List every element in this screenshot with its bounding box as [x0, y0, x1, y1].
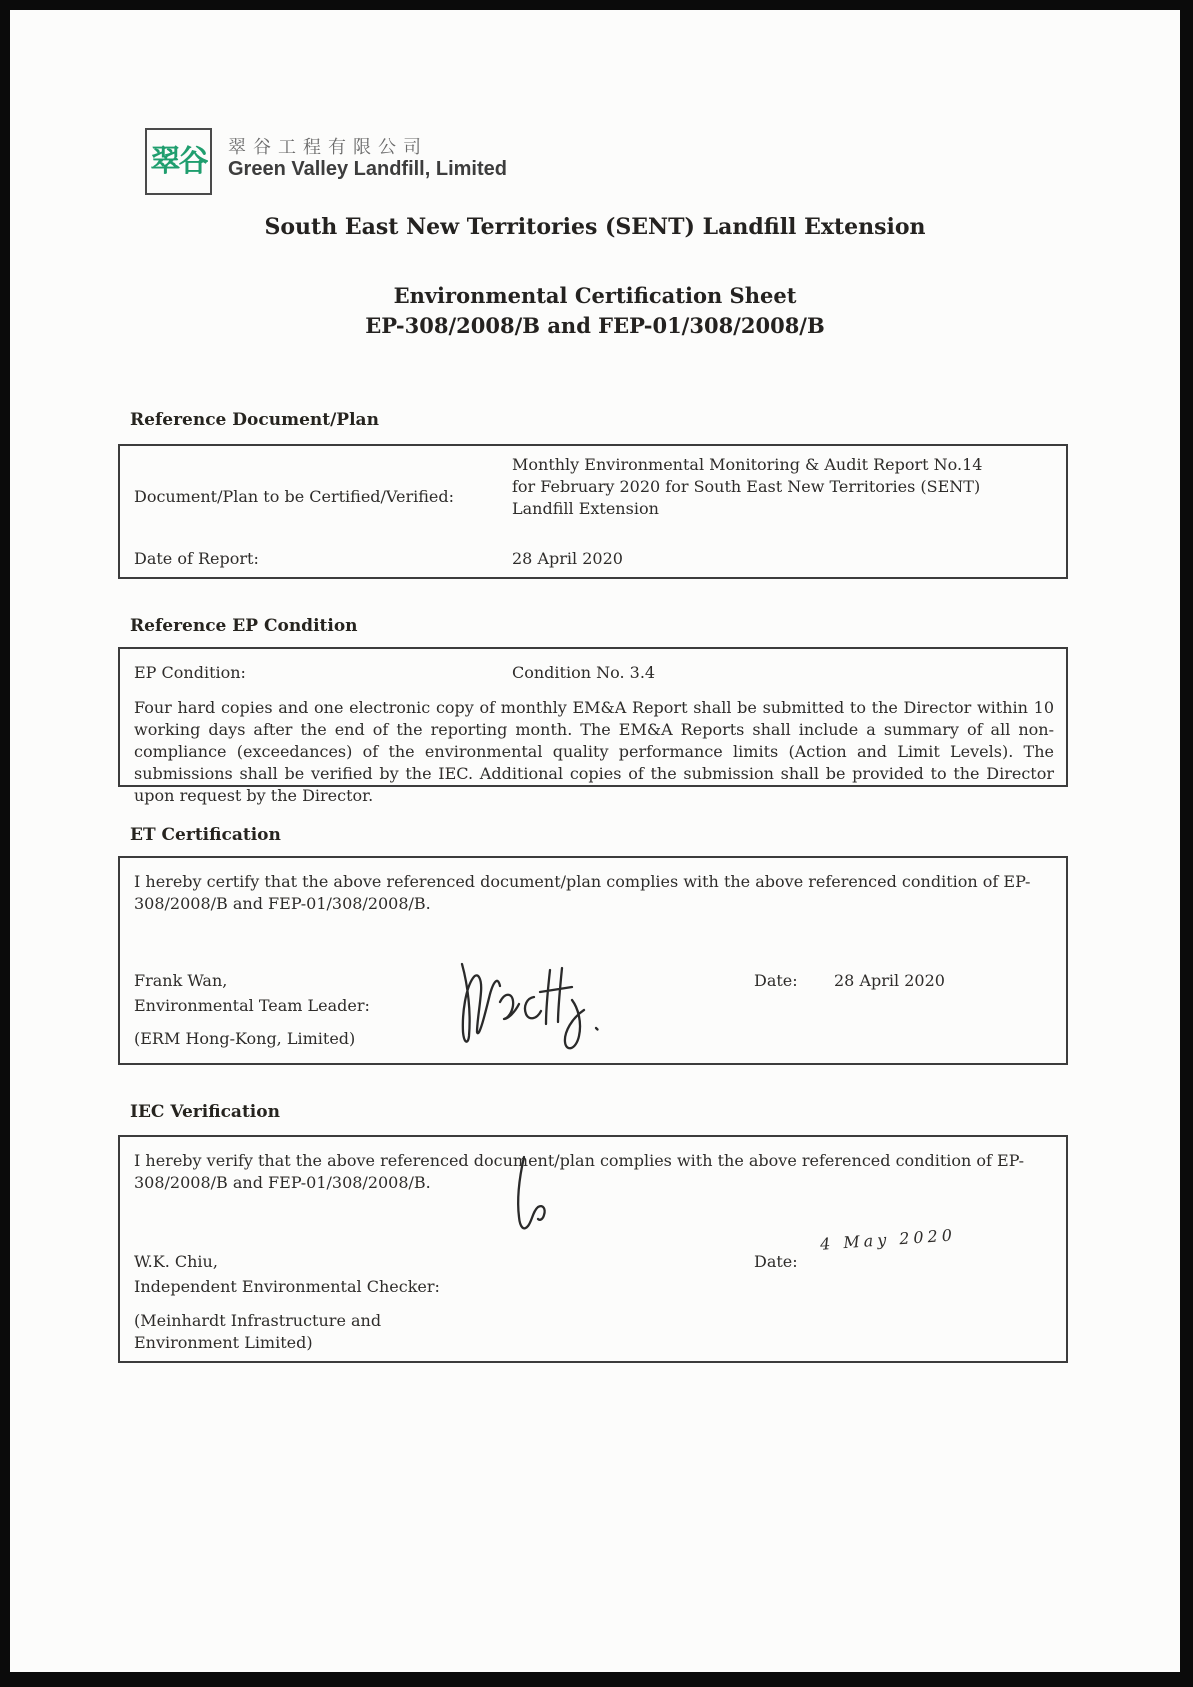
et-signature — [450, 942, 650, 1062]
project-title: South East New Territories (SENT) Landfi… — [10, 214, 1180, 240]
iec-signatory-name: W.K. Chiu, — [134, 1251, 218, 1273]
et-signatory-name: Frank Wan, — [134, 970, 227, 992]
et-certification-box: I hereby certify that the above referenc… — [118, 856, 1068, 1065]
iec-verification-box: I hereby verify that the above reference… — [118, 1135, 1068, 1363]
document-plan-value: Monthly Environmental Monitoring & Audit… — [512, 454, 1002, 520]
ep-condition-label: EP Condition: — [134, 662, 246, 684]
heading-et-certification: ET Certification — [130, 825, 281, 845]
iec-signature — [492, 1151, 572, 1241]
ep-condition-body-text: Four hard copies and one electronic copy… — [134, 697, 1054, 807]
company-name-chinese: 翠谷工程有限公司 — [228, 133, 428, 159]
certification-sheet-page: 翠谷 翠谷工程有限公司 Green Valley Landfill, Limit… — [0, 0, 1193, 1687]
date-of-report-label: Date of Report: — [134, 548, 259, 570]
reference-document-box: Document/Plan to be Certified/Verified: … — [118, 444, 1068, 579]
company-logo: 翠谷 — [145, 128, 212, 195]
date-of-report-value: 28 April 2020 — [512, 548, 623, 570]
et-signatory-organisation: (ERM Hong-Kong, Limited) — [134, 1028, 355, 1050]
company-logo-glyphs: 翠谷 — [151, 147, 207, 177]
document-plan-label: Document/Plan to be Certified/Verified: — [134, 486, 504, 508]
heading-reference-document: Reference Document/Plan — [130, 410, 379, 430]
iec-signatory-organisation: (Meinhardt Infrastructure and Environmen… — [134, 1310, 394, 1354]
iec-date-handwriting: 4 May 2020 — [819, 1224, 956, 1255]
ep-condition-box: EP Condition: Condition No. 3.4 Four har… — [118, 647, 1068, 787]
company-name-english: Green Valley Landfill, Limited — [228, 158, 507, 181]
iec-signatory-title: Independent Environmental Checker: — [134, 1276, 440, 1298]
heading-reference-ep-condition: Reference EP Condition — [130, 616, 358, 636]
ep-condition-value: Condition No. 3.4 — [512, 662, 655, 684]
iec-date-label: Date: — [754, 1251, 798, 1273]
et-signatory-title: Environmental Team Leader: — [134, 995, 370, 1017]
et-date-value: 28 April 2020 — [834, 970, 945, 992]
et-certification-statement: I hereby certify that the above referenc… — [134, 871, 1046, 915]
permit-numbers-title: EP-308/2008/B and FEP-01/308/2008/B — [10, 313, 1180, 338]
iec-verification-statement: I hereby verify that the above reference… — [134, 1150, 1046, 1194]
heading-iec-verification: IEC Verification — [130, 1102, 280, 1122]
et-date-label: Date: — [754, 970, 798, 992]
sheet-title: Environmental Certification Sheet — [10, 283, 1180, 308]
